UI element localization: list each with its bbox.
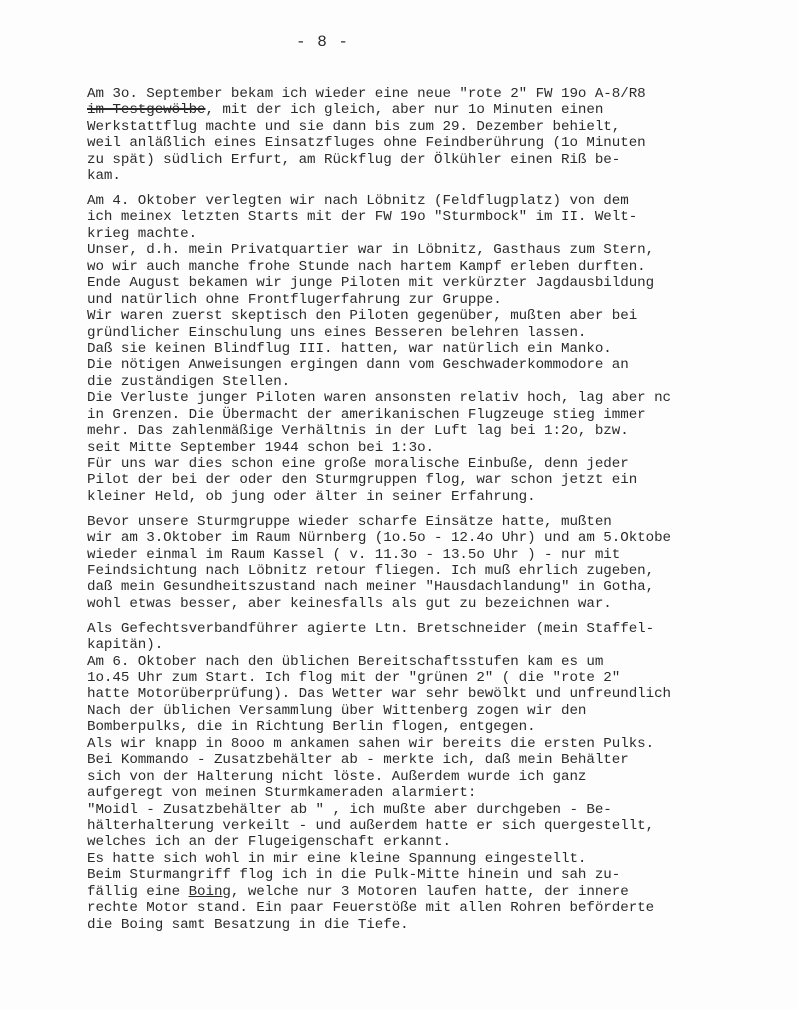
text-line: Die Verluste junger Piloten waren ansons…	[87, 390, 798, 406]
text-line: Daß sie keinen Blindflug III. hatten, wa…	[87, 341, 798, 357]
text-line: und natürlich ohne Frontflugerfahrung zu…	[87, 292, 798, 308]
text-line: seit Mitte September 1944 schon bei 1:3o…	[87, 440, 798, 456]
text-line: gründlicher Einschulung uns eines Besser…	[87, 325, 798, 341]
text-line: im Testgewölbe, mit der ich gleich, aber…	[87, 102, 798, 118]
paragraph: Als Gefechtsverbandführer agierte Ltn. B…	[87, 621, 798, 933]
text-line: in Grenzen. Die Übermacht der amerikanis…	[87, 407, 798, 423]
text-line: Am 3o. September bekam ich wieder eine n…	[87, 86, 798, 102]
text-line: fällig eine Boing, welche nur 3 Motoren …	[87, 884, 798, 900]
text-line: wo wir auch manche frohe Stunde nach har…	[87, 259, 798, 275]
text-line: ich meinex letzten Starts mit der FW 19o…	[87, 209, 798, 225]
text-line: sich von der Halterung nicht löste. Auße…	[87, 769, 798, 785]
struck-out-text: im Testgewölbe	[87, 102, 206, 118]
text-line: kapitän).	[87, 637, 798, 653]
text-segment: , mit der ich gleich, aber nur 1o Minute…	[206, 102, 604, 118]
text-line: Als wir knapp in 8ooo m ankamen sahen wi…	[87, 736, 798, 752]
text-line: Die nötigen Anweisungen ergingen dann vo…	[87, 357, 798, 373]
text-line: aufgeregt von meinen Sturmkameraden alar…	[87, 785, 798, 801]
text-line: Für uns war dies schon eine große morali…	[87, 456, 798, 472]
text-line: rechte Motor stand. Ein paar Feuerstöße …	[87, 900, 798, 916]
text-line: die zuständigen Stellen.	[87, 374, 798, 390]
text-line: Bei Kommando - Zusatzbehälter ab - merkt…	[87, 752, 798, 768]
text-line: Am 4. Oktober verlegten wir nach Löbnitz…	[87, 193, 798, 209]
text-line: Werkstattflug machte und sie dann bis zu…	[87, 119, 798, 135]
text-line: wieder einmal im Raum Kassel ( v. 11.3o …	[87, 547, 798, 563]
text-line: kleiner Held, ob jung oder älter in sein…	[87, 489, 798, 505]
underlined-text: Boing	[189, 884, 231, 900]
text-line: zu spät) südlich Erfurt, am Rückflug der…	[87, 152, 798, 168]
text-line: Es hatte sich wohl in mir eine kleine Sp…	[87, 851, 798, 867]
paragraph: Bevor unsere Sturmgruppe wieder scharfe …	[87, 514, 798, 613]
text-line: die Boing samt Besatzung in die Tiefe.	[87, 917, 798, 933]
text-segment: , welche nur 3 Motoren laufen hatte, der…	[231, 884, 629, 900]
text-line: weil anläßlich eines Einsatzfluges ohne …	[87, 135, 798, 151]
text-line: Beim Sturmangriff flog ich in die Pulk-M…	[87, 867, 798, 883]
text-line: daß mein Gesundheitszustand nach meiner …	[87, 579, 798, 595]
text-line: Nach der üblichen Versammlung über Witte…	[87, 703, 798, 719]
text-line: Bomberpulks, die in Richtung Berlin flog…	[87, 719, 798, 735]
text-line: hatte Motorüberprüfung). Das Wetter war …	[87, 686, 798, 702]
text-line: wir am 3.Oktober im Raum Nürnberg (1o.5o…	[87, 530, 798, 546]
document-body: Am 3o. September bekam ich wieder eine n…	[87, 86, 798, 941]
text-line: Am 6. Oktober nach den üblichen Bereitsc…	[87, 654, 798, 670]
text-line: Feindsichtung nach Löbnitz retour fliege…	[87, 563, 798, 579]
text-segment: fällig eine	[87, 884, 189, 900]
text-line: welches ich an der Flugeigenschaft erkan…	[87, 834, 798, 850]
paragraph: Am 4. Oktober verlegten wir nach Löbnitz…	[87, 193, 798, 505]
text-line: Ende August bekamen wir junge Piloten mi…	[87, 275, 798, 291]
text-line: Pilot der bei der oder den Sturmgruppen …	[87, 472, 798, 488]
text-line: mehr. Das zahlenmäßige Verhältnis in der…	[87, 423, 798, 439]
text-line: krieg machte.	[87, 226, 798, 242]
text-line: hälterhalterung verkeilt - und außerdem …	[87, 818, 798, 834]
text-line: 1o.45 Uhr zum Start. Ich flog mit der "g…	[87, 670, 798, 686]
text-line: kam.	[87, 168, 798, 184]
paragraph: Am 3o. September bekam ich wieder eine n…	[87, 86, 798, 185]
text-line: "Moidl - Zusatzbehälter ab " , ich mußte…	[87, 802, 798, 818]
page-number: - 8 -	[296, 33, 349, 51]
typewritten-page: - 8 - Am 3o. September bekam ich wieder …	[0, 0, 798, 1009]
text-line: Bevor unsere Sturmgruppe wieder scharfe …	[87, 514, 798, 530]
text-line: Wir waren zuerst skeptisch den Piloten g…	[87, 308, 798, 324]
text-line: Unser, d.h. mein Privatquartier war in L…	[87, 242, 798, 258]
text-line: wohl etwas besser, aber keinesfalls als …	[87, 596, 798, 612]
text-line: Als Gefechtsverbandführer agierte Ltn. B…	[87, 621, 798, 637]
